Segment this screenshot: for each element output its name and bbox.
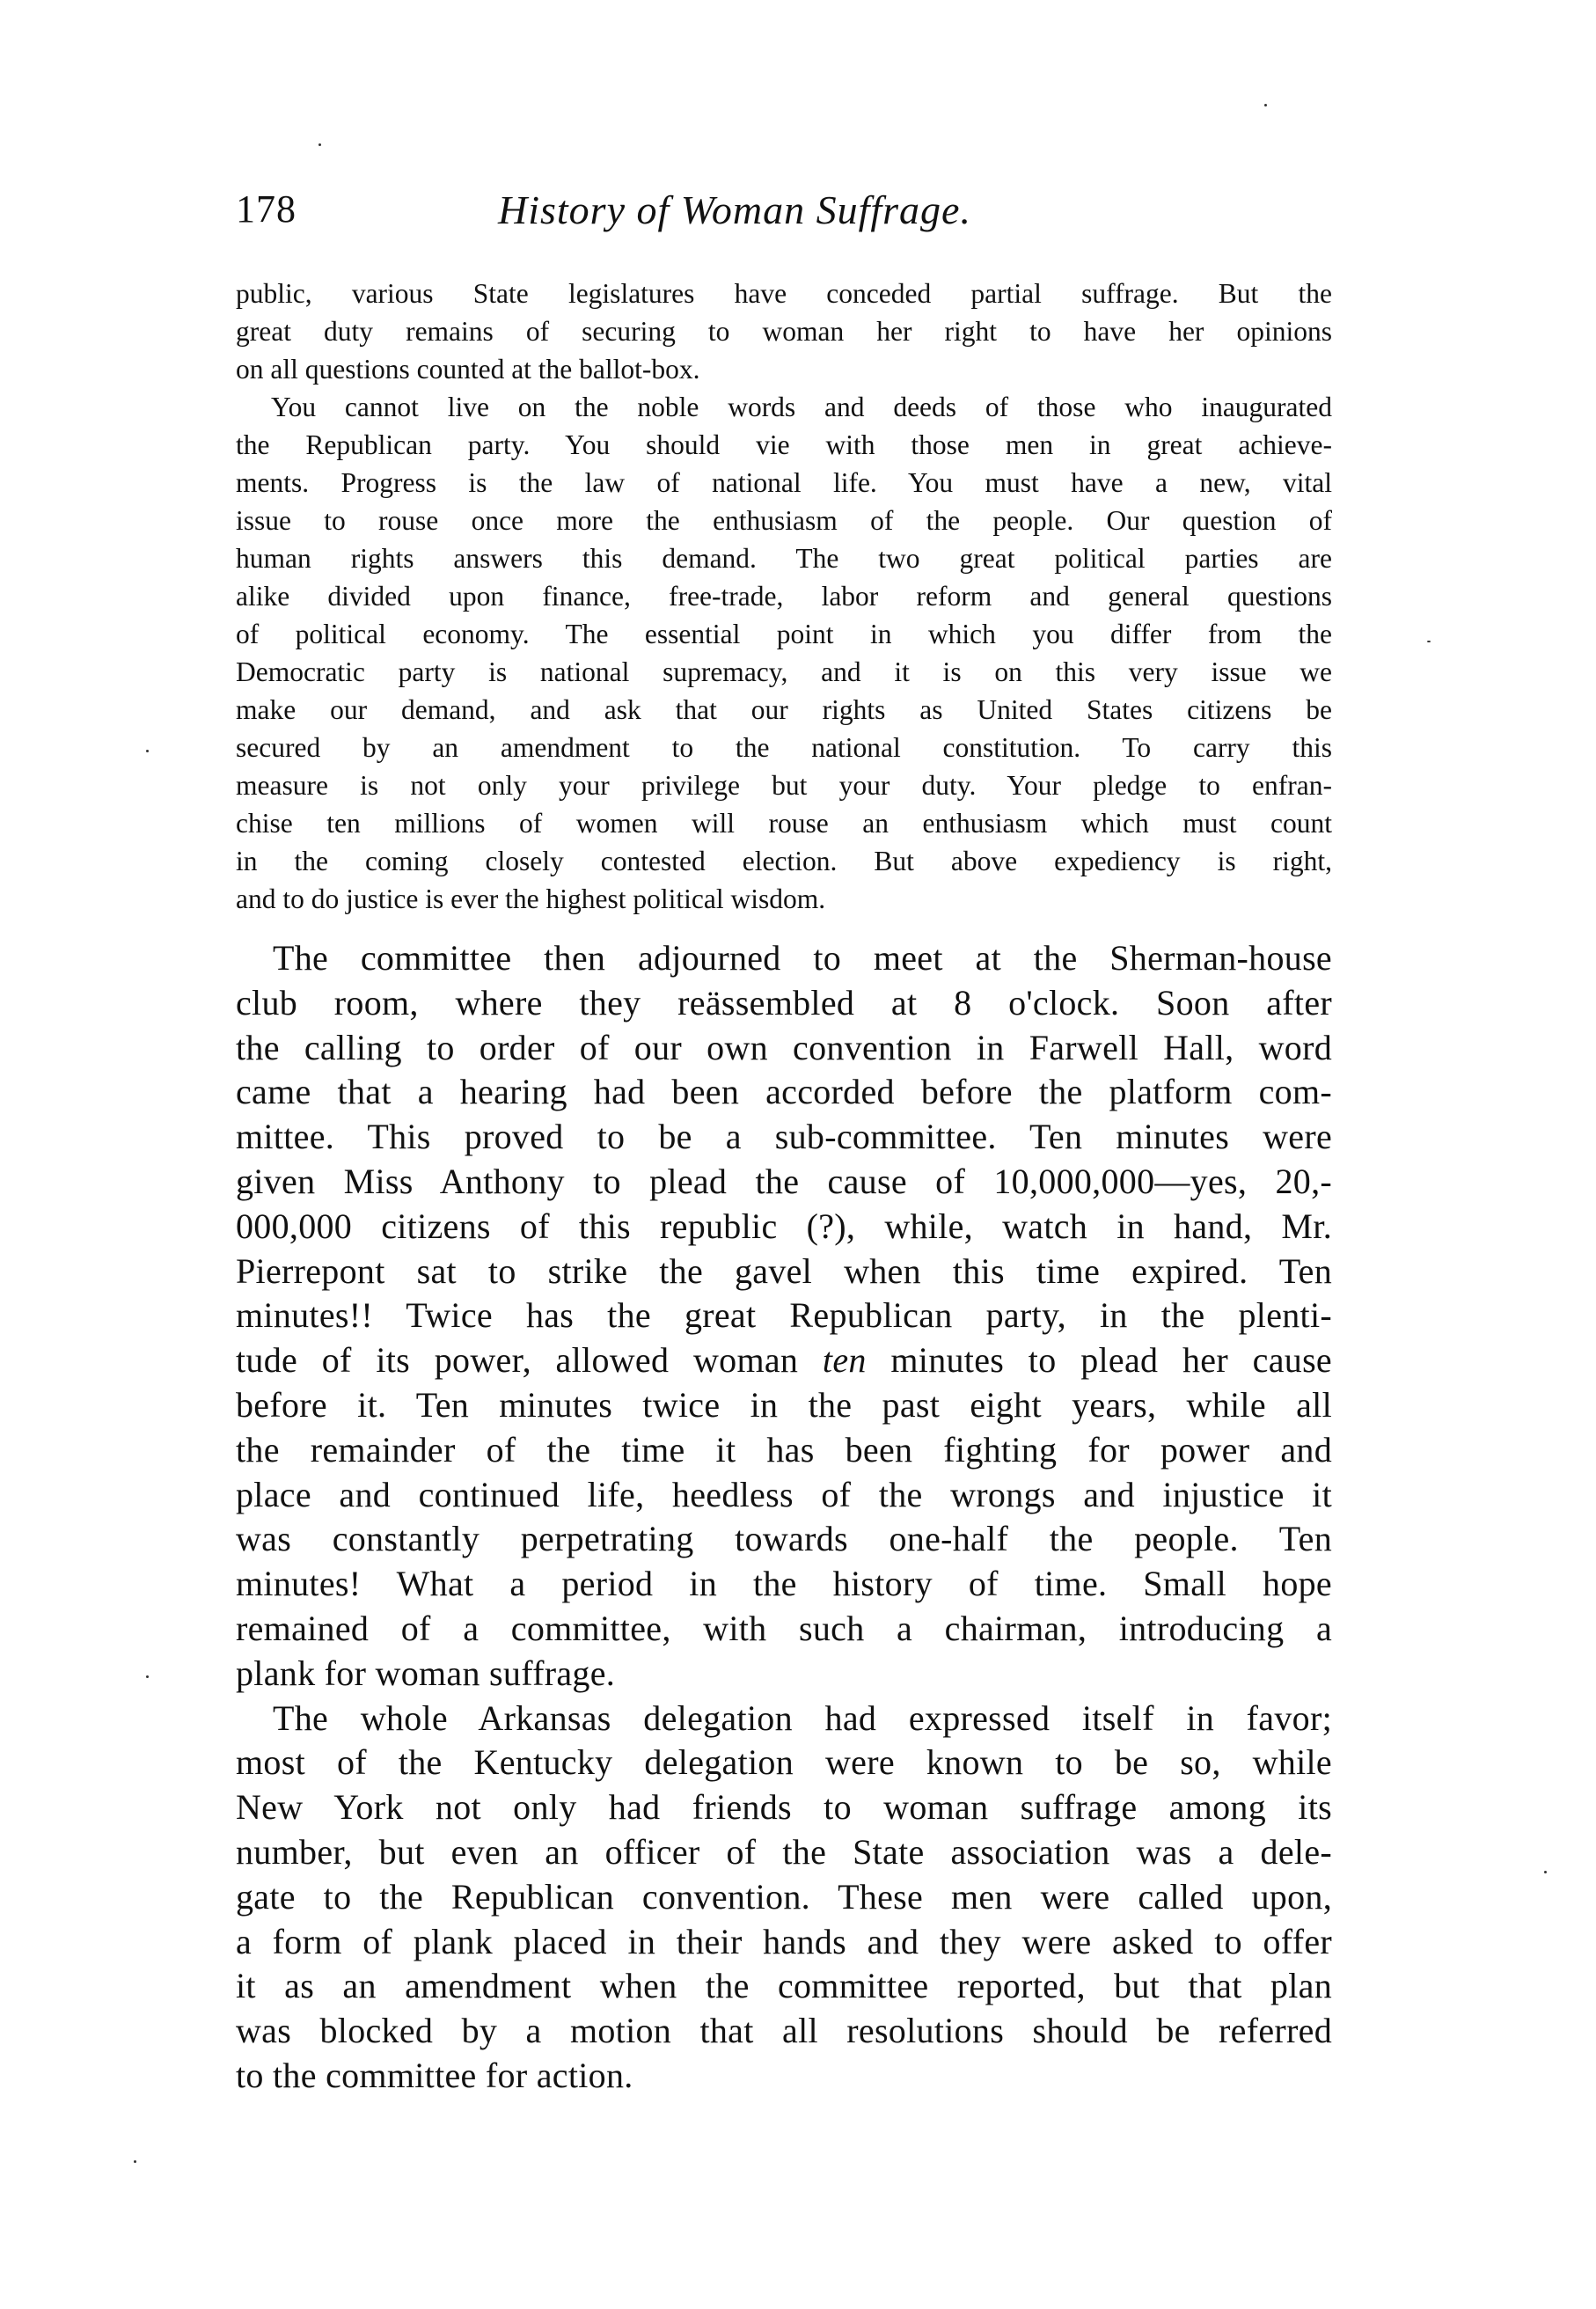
text-line: chise ten millions of women will rouse a… — [236, 804, 1332, 842]
text-line: before it. Ten minutes twice in the past… — [236, 1383, 1332, 1428]
text-line: The whole Arkansas delegation had expres… — [236, 1697, 1332, 1741]
text-line: it as an amendment when the committee re… — [236, 1964, 1332, 2009]
text-line: a form of plank placed in their hands an… — [236, 1920, 1332, 1965]
text-line: Democratic party is national supremacy, … — [236, 653, 1332, 691]
text-line: New York not only had friends to woman s… — [236, 1785, 1332, 1830]
text-line: was blocked by a motion that all resolut… — [236, 2009, 1332, 2054]
text-line: plank for woman suffrage. — [236, 1652, 1332, 1697]
text-line: gate to the Republican convention. These… — [236, 1875, 1332, 1920]
scan-speck — [1264, 104, 1267, 106]
quoted-paragraph-1: public, various State legislatures have … — [236, 275, 1332, 388]
text-line: measure is not only your privilege but y… — [236, 766, 1332, 804]
body-paragraph-2: The whole Arkansas delegation had expres… — [236, 1697, 1332, 2099]
text-line: Pierrepont sat to strike the gavel when … — [236, 1250, 1332, 1294]
text-line: came that a hearing had been accorded be… — [236, 1070, 1332, 1115]
text-line: in the coming closely contested election… — [236, 842, 1332, 880]
quoted-paragraph-2: You cannot live on the noble words and d… — [236, 388, 1332, 918]
page-number: 178 — [236, 187, 297, 231]
text-line: secured by an amendment to the national … — [236, 729, 1332, 766]
body-text: The committee then adjourned to meet at … — [236, 936, 1332, 2099]
text-line: club room, where they reässembled at 8 o… — [236, 981, 1332, 1026]
text-line: of political economy. The essential poin… — [236, 615, 1332, 653]
scan-speck — [146, 1675, 149, 1678]
text-line: to the committee for action. — [236, 2054, 1332, 2099]
italic-emphasis: ten — [823, 1340, 867, 1380]
text-line: You cannot live on the noble words and d… — [236, 388, 1332, 426]
text-line: the calling to order of our own conventi… — [236, 1026, 1332, 1071]
quoted-address: public, various State legislatures have … — [236, 275, 1332, 918]
running-head: 178 History of Woman Suffrage. — [236, 187, 1332, 239]
text-line: the remainder of the time it has been fi… — [236, 1428, 1332, 1473]
text-line: issue to rouse once more the enthusiasm … — [236, 502, 1332, 539]
text-line: 000,000 citizens of this republic (?), w… — [236, 1205, 1332, 1250]
scan-speck — [146, 750, 149, 752]
text-line: remained of a committee, with such a cha… — [236, 1607, 1332, 1652]
text-line: and to do justice is ever the highest po… — [236, 880, 1332, 918]
text-line: most of the Kentucky delegation were kno… — [236, 1741, 1332, 1785]
text-line: mittee. This proved to be a sub-committe… — [236, 1115, 1332, 1160]
running-title: History of Woman Suffrage. — [498, 187, 971, 233]
text-line: minutes! What a period in the history of… — [236, 1562, 1332, 1607]
scan-speck — [1544, 1871, 1547, 1873]
text-line: place and continued life, heedless of th… — [236, 1473, 1332, 1518]
text-line: ments. Progress is the law of national l… — [236, 464, 1332, 502]
text-line: given Miss Anthony to plead the cause of… — [236, 1160, 1332, 1205]
text-line: human rights answers this demand. The tw… — [236, 539, 1332, 577]
text-line-with-italic: tude of its power, allowed woman ten min… — [236, 1338, 1332, 1383]
text-line: the Republican party. You should vie wit… — [236, 426, 1332, 464]
text-line: public, various State legislatures have … — [236, 275, 1332, 312]
scan-speck — [318, 143, 321, 146]
text-line: alike divided upon finance, free-trade, … — [236, 577, 1332, 615]
scan-speck — [1427, 641, 1431, 642]
text-line: make our demand, and ask that our rights… — [236, 691, 1332, 729]
text-line: The committee then adjourned to meet at … — [236, 936, 1332, 981]
text-line: number, but even an officer of the State… — [236, 1830, 1332, 1875]
body-paragraph-1: The committee then adjourned to meet at … — [236, 936, 1332, 1697]
text-line: great duty remains of securing to woman … — [236, 312, 1332, 350]
text-line: minutes!! Twice has the great Republican… — [236, 1294, 1332, 1338]
text-line: was constantly perpetrating towards one-… — [236, 1517, 1332, 1562]
scan-speck — [134, 2160, 136, 2163]
text-line: on all questions counted at the ballot-b… — [236, 350, 1332, 388]
